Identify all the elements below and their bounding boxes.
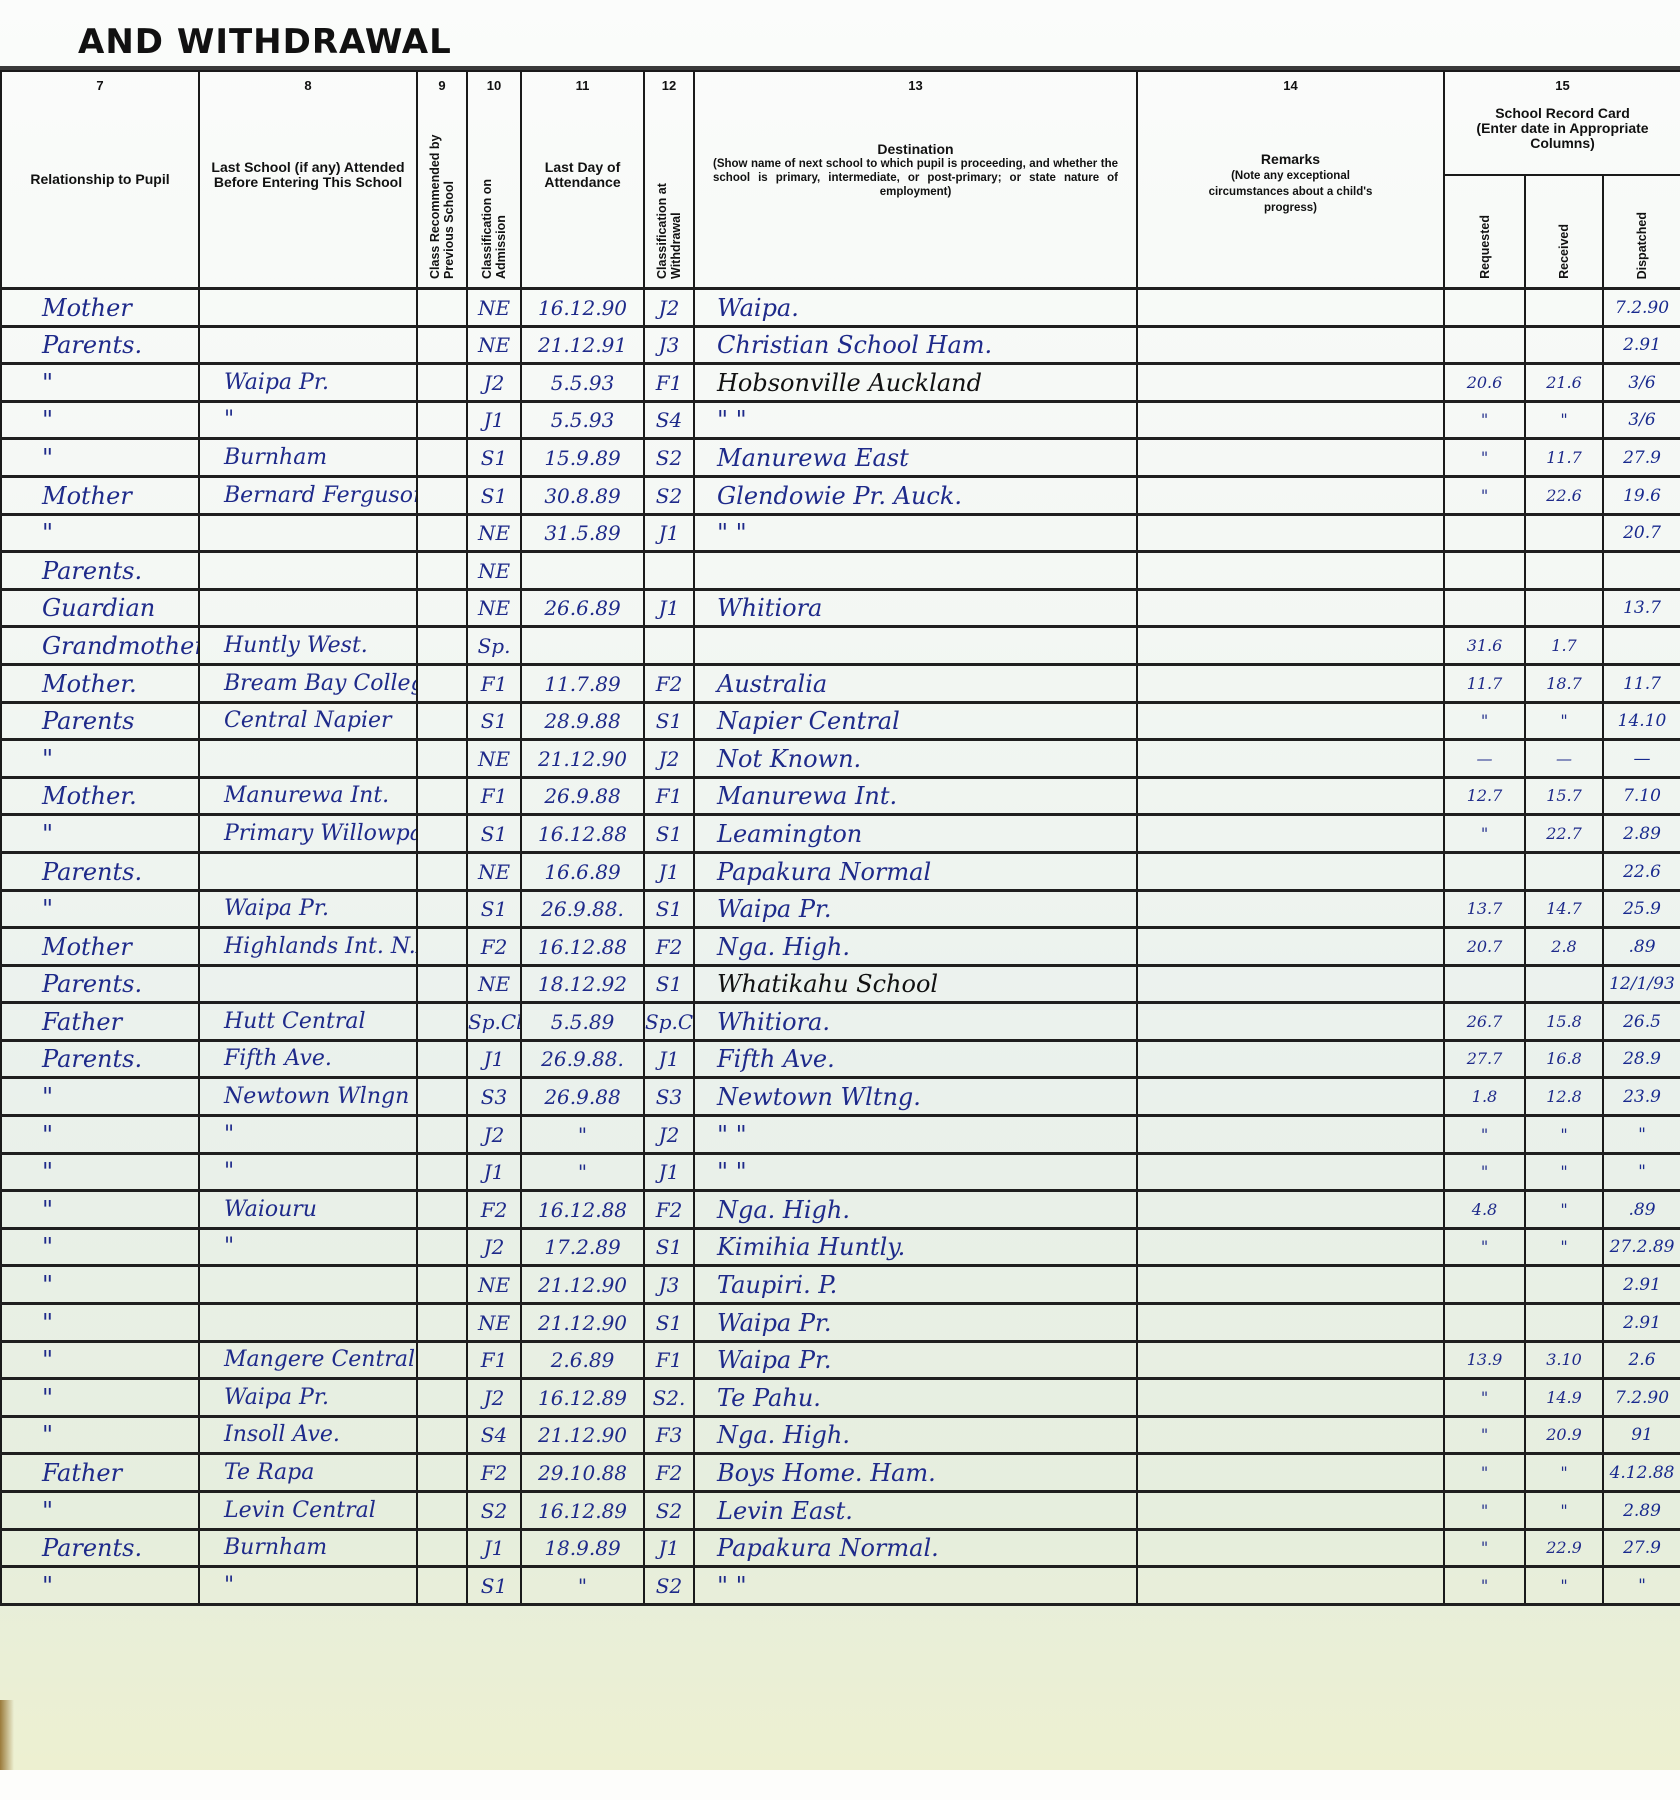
last-school-cell: " bbox=[199, 1567, 417, 1605]
card-dispatched-cell: 26.5 bbox=[1603, 1003, 1680, 1041]
last-day-cell: 18.12.92 bbox=[521, 965, 644, 1003]
card-received-cell: 15.8 bbox=[1525, 1003, 1603, 1041]
class-recommended-cell bbox=[417, 1529, 467, 1567]
class-withdrawal-cell: J1 bbox=[644, 1529, 694, 1567]
table-row: Parents.NE18.12.92S1Whatikahu School12/1… bbox=[1, 965, 1680, 1003]
destination-cell: Napier Central bbox=[694, 702, 1137, 740]
remarks-cell bbox=[1137, 1529, 1444, 1567]
card-received-cell: 16.8 bbox=[1525, 1040, 1603, 1078]
card-dispatched-cell: 7.10 bbox=[1603, 777, 1680, 815]
relationship-cell: Mother bbox=[1, 928, 199, 966]
card-requested-cell: 31.6 bbox=[1444, 627, 1525, 665]
relationship-cell: Guardian bbox=[1, 589, 199, 627]
relationship-cell: Parents. bbox=[1, 1529, 199, 1567]
destination-cell: Hobsonville Auckland bbox=[694, 364, 1137, 402]
card-requested-cell bbox=[1444, 1304, 1525, 1342]
card-requested-cell: " bbox=[1444, 439, 1525, 477]
class-recommended-cell bbox=[417, 928, 467, 966]
card-dispatched-cell: 14.10 bbox=[1603, 702, 1680, 740]
header-remarks: 14 Remarks (Note any exceptional circums… bbox=[1137, 71, 1444, 289]
remarks-cell bbox=[1137, 1116, 1444, 1154]
card-requested-cell bbox=[1444, 965, 1525, 1003]
last-school-cell bbox=[199, 965, 417, 1003]
destination-cell: Waipa Pr. bbox=[694, 890, 1137, 928]
table-row: FatherTe RapaF229.10.88F2Boys Home. Ham.… bbox=[1, 1454, 1680, 1492]
card-received-cell bbox=[1525, 326, 1603, 364]
relationship-cell: Mother. bbox=[1, 777, 199, 815]
remarks-cell bbox=[1137, 1153, 1444, 1191]
table-row: GuardianNE26.6.89J1Whitiora13.7 bbox=[1, 589, 1680, 627]
card-dispatched-cell: 25.9 bbox=[1603, 890, 1680, 928]
card-requested-cell: 27.7 bbox=[1444, 1040, 1525, 1078]
class-admission-cell: NE bbox=[467, 1266, 521, 1304]
table-row: "Waipa Pr.J25.5.93F1Hobsonville Auckland… bbox=[1, 364, 1680, 402]
last-school-cell: Waipa Pr. bbox=[199, 1379, 417, 1417]
last-day-cell: 26.9.88 bbox=[521, 1078, 644, 1116]
class-admission-cell: F2 bbox=[467, 1191, 521, 1229]
remarks-cell bbox=[1137, 552, 1444, 590]
table-row: Mother.Bream Bay College RuakakaF111.7.8… bbox=[1, 664, 1680, 702]
card-dispatched-cell: " bbox=[1603, 1567, 1680, 1605]
class-withdrawal-cell: S1 bbox=[644, 890, 694, 928]
last-day-cell: 26.9.88. bbox=[521, 890, 644, 928]
last-day-cell: 2.6.89 bbox=[521, 1341, 644, 1379]
last-school-cell: Waipa Pr. bbox=[199, 890, 417, 928]
card-requested-cell: 26.7 bbox=[1444, 1003, 1525, 1041]
card-received-cell: " bbox=[1525, 1191, 1603, 1229]
class-withdrawal-cell: F3 bbox=[644, 1416, 694, 1454]
class-recommended-cell bbox=[417, 852, 467, 890]
relationship-cell: Mother bbox=[1, 289, 199, 327]
table-row: FatherHutt CentralSp.Cl5.5.89Sp.ClWhitio… bbox=[1, 1003, 1680, 1041]
relationship-cell: " bbox=[1, 1153, 199, 1191]
last-school-cell: " bbox=[199, 401, 417, 439]
card-requested-cell: " bbox=[1444, 1567, 1525, 1605]
relationship-cell: " bbox=[1, 1078, 199, 1116]
table-row: ""J2"J2" """" bbox=[1, 1116, 1680, 1154]
last-day-cell: 5.5.93 bbox=[521, 364, 644, 402]
last-day-cell: 21.12.91 bbox=[521, 326, 644, 364]
card-received-cell: 22.7 bbox=[1525, 815, 1603, 853]
class-admission-cell: J2 bbox=[467, 1116, 521, 1154]
table-row: "BurnhamS115.9.89S2Manurewa East"11.727.… bbox=[1, 439, 1680, 477]
class-admission-cell: F2 bbox=[467, 928, 521, 966]
last-day-cell: 28.9.88 bbox=[521, 702, 644, 740]
card-requested-cell bbox=[1444, 1266, 1525, 1304]
class-recommended-cell bbox=[417, 1416, 467, 1454]
last-school-cell: Insoll Ave. bbox=[199, 1416, 417, 1454]
relationship-cell: Father bbox=[1, 1454, 199, 1492]
class-admission-cell: J1 bbox=[467, 1040, 521, 1078]
class-recommended-cell bbox=[417, 965, 467, 1003]
remarks-cell bbox=[1137, 1003, 1444, 1041]
card-dispatched-cell: 2.89 bbox=[1603, 815, 1680, 853]
last-day-cell bbox=[521, 627, 644, 665]
card-requested-cell: 11.7 bbox=[1444, 664, 1525, 702]
remarks-cell bbox=[1137, 702, 1444, 740]
class-admission-cell: S1 bbox=[467, 890, 521, 928]
destination-cell: Te Pahu. bbox=[694, 1379, 1137, 1417]
class-recommended-cell bbox=[417, 1266, 467, 1304]
destination-cell: Manurewa East bbox=[694, 439, 1137, 477]
card-requested-cell: " bbox=[1444, 1379, 1525, 1417]
class-withdrawal-cell: S1 bbox=[644, 815, 694, 853]
relationship-cell: " bbox=[1, 1304, 199, 1342]
card-requested-cell: " bbox=[1444, 1492, 1525, 1530]
relationship-cell: Parents. bbox=[1, 965, 199, 1003]
last-school-cell: " bbox=[199, 1116, 417, 1154]
page-bottom-margin bbox=[0, 1770, 1680, 1800]
class-recommended-cell bbox=[417, 552, 467, 590]
class-withdrawal-cell bbox=[644, 552, 694, 590]
destination-cell: Nga. High. bbox=[694, 1416, 1137, 1454]
card-dispatched-cell: 91 bbox=[1603, 1416, 1680, 1454]
relationship-cell: Father bbox=[1, 1003, 199, 1041]
last-day-cell: 29.10.88 bbox=[521, 1454, 644, 1492]
remarks-cell bbox=[1137, 1416, 1444, 1454]
last-school-cell bbox=[199, 289, 417, 327]
header-received: Received bbox=[1525, 175, 1603, 289]
class-withdrawal-cell: F2 bbox=[644, 928, 694, 966]
remarks-cell bbox=[1137, 1228, 1444, 1266]
relationship-cell: Mother bbox=[1, 476, 199, 514]
relationship-cell: Grandmother. bbox=[1, 627, 199, 665]
table-row: ParentsCentral NapierS128.9.88S1Napier C… bbox=[1, 702, 1680, 740]
destination-cell: Levin East. bbox=[694, 1492, 1137, 1530]
class-recommended-cell bbox=[417, 1379, 467, 1417]
destination-cell: Papakura Normal bbox=[694, 852, 1137, 890]
table-row: Parents.NE21.12.91J3Christian School Ham… bbox=[1, 326, 1680, 364]
last-day-cell: 16.12.89 bbox=[521, 1492, 644, 1530]
last-school-cell: Burnham bbox=[199, 439, 417, 477]
card-dispatched-cell: 2.91 bbox=[1603, 1266, 1680, 1304]
remarks-cell bbox=[1137, 1078, 1444, 1116]
card-dispatched-cell: " bbox=[1603, 1153, 1680, 1191]
header-school-record-card: 15 School Record Card (Enter date in App… bbox=[1444, 71, 1680, 175]
class-admission-cell: S4 bbox=[467, 1416, 521, 1454]
header-destination: 13 Destination (Show name of next school… bbox=[694, 71, 1137, 289]
class-withdrawal-cell: J2 bbox=[644, 289, 694, 327]
card-received-cell: " bbox=[1525, 1454, 1603, 1492]
destination-cell: Whatikahu School bbox=[694, 965, 1137, 1003]
last-school-cell: Manurewa Int. bbox=[199, 777, 417, 815]
card-dispatched-cell: 12/1/93 bbox=[1603, 965, 1680, 1003]
card-received-cell bbox=[1525, 1304, 1603, 1342]
class-recommended-cell bbox=[417, 401, 467, 439]
relationship-cell: Parents. bbox=[1, 326, 199, 364]
relationship-cell: " bbox=[1, 1341, 199, 1379]
card-received-cell: 20.9 bbox=[1525, 1416, 1603, 1454]
destination-cell bbox=[694, 552, 1137, 590]
card-dispatched-cell: .89 bbox=[1603, 1191, 1680, 1229]
remarks-cell bbox=[1137, 1266, 1444, 1304]
class-admission-cell: NE bbox=[467, 1304, 521, 1342]
class-withdrawal-cell: J3 bbox=[644, 1266, 694, 1304]
class-recommended-cell bbox=[417, 1228, 467, 1266]
class-withdrawal-cell: J3 bbox=[644, 326, 694, 364]
class-withdrawal-cell: S4 bbox=[644, 401, 694, 439]
destination-cell: Waipa Pr. bbox=[694, 1341, 1137, 1379]
remarks-cell bbox=[1137, 664, 1444, 702]
class-withdrawal-cell: F1 bbox=[644, 1341, 694, 1379]
card-received-cell: 21.6 bbox=[1525, 364, 1603, 402]
card-received-cell bbox=[1525, 514, 1603, 552]
last-school-cell: Waiouru bbox=[199, 1191, 417, 1229]
remarks-cell bbox=[1137, 1341, 1444, 1379]
last-day-cell: 26.9.88. bbox=[521, 1040, 644, 1078]
relationship-cell: " bbox=[1, 1492, 199, 1530]
destination-cell: Kimihia Huntly. bbox=[694, 1228, 1137, 1266]
table-row: Parents.NE16.6.89J1Papakura Normal22.6 bbox=[1, 852, 1680, 890]
last-day-cell: 5.5.89 bbox=[521, 1003, 644, 1041]
destination-cell: Not Known. bbox=[694, 740, 1137, 778]
class-admission-cell: S1 bbox=[467, 702, 521, 740]
class-recommended-cell bbox=[417, 1116, 467, 1154]
withdrawal-register-table: 7 Relationship to Pupil 8 Last School (i… bbox=[0, 70, 1680, 1606]
card-received-cell: 15.7 bbox=[1525, 777, 1603, 815]
destination-cell: Whitiora. bbox=[694, 1003, 1137, 1041]
card-dispatched-cell: 27.9 bbox=[1603, 1529, 1680, 1567]
last-school-cell bbox=[199, 552, 417, 590]
remarks-cell bbox=[1137, 476, 1444, 514]
relationship-cell: " bbox=[1, 364, 199, 402]
class-recommended-cell bbox=[417, 439, 467, 477]
last-school-cell bbox=[199, 514, 417, 552]
last-school-cell: Hutt Central bbox=[199, 1003, 417, 1041]
remarks-cell bbox=[1137, 777, 1444, 815]
card-dispatched-cell: 22.6 bbox=[1603, 852, 1680, 890]
header-last-school: 8 Last School (if any) Attended Before E… bbox=[199, 71, 417, 289]
destination-cell: Leamington bbox=[694, 815, 1137, 853]
card-dispatched-cell: 20.7 bbox=[1603, 514, 1680, 552]
card-requested-cell: " bbox=[1444, 815, 1525, 853]
relationship-cell: Mother. bbox=[1, 664, 199, 702]
last-day-cell: 11.7.89 bbox=[521, 664, 644, 702]
class-recommended-cell bbox=[417, 1304, 467, 1342]
card-received-cell: " bbox=[1525, 1116, 1603, 1154]
table-row: "NE21.12.90J3Taupiri. P.2.91 bbox=[1, 1266, 1680, 1304]
card-received-cell: 18.7 bbox=[1525, 664, 1603, 702]
ledger-rows: MotherNE16.12.90J2Waipa.7.2.90Parents.NE… bbox=[1, 289, 1680, 1605]
destination-cell: Waipa Pr. bbox=[694, 1304, 1137, 1342]
header-relationship: 7 Relationship to Pupil bbox=[1, 71, 199, 289]
table-row: Parents.Fifth Ave.J126.9.88.J1Fifth Ave.… bbox=[1, 1040, 1680, 1078]
class-admission-cell: NE bbox=[467, 326, 521, 364]
table-row: ""J217.2.89S1Kimihia Huntly.""27.2.89 bbox=[1, 1228, 1680, 1266]
last-school-cell: Bream Bay College Ruakaka bbox=[199, 664, 417, 702]
relationship-cell: " bbox=[1, 1266, 199, 1304]
card-requested-cell: — bbox=[1444, 740, 1525, 778]
class-admission-cell: Sp.Cl bbox=[467, 1003, 521, 1041]
table-row: "NE21.12.90S1Waipa Pr.2.91 bbox=[1, 1304, 1680, 1342]
class-withdrawal-cell: S2 bbox=[644, 1567, 694, 1605]
table-row: MotherBernard FergusonS130.8.89S2Glendow… bbox=[1, 476, 1680, 514]
card-dispatched-cell: 28.9 bbox=[1603, 1040, 1680, 1078]
remarks-cell bbox=[1137, 852, 1444, 890]
table-row: "Waipa Pr.J216.12.89S2.Te Pahu."14.97.2.… bbox=[1, 1379, 1680, 1417]
remarks-cell bbox=[1137, 289, 1444, 327]
class-admission-cell: F1 bbox=[467, 1341, 521, 1379]
card-received-cell bbox=[1525, 289, 1603, 327]
class-recommended-cell bbox=[417, 777, 467, 815]
remarks-cell bbox=[1137, 364, 1444, 402]
card-requested-cell: 20.7 bbox=[1444, 928, 1525, 966]
remarks-cell bbox=[1137, 815, 1444, 853]
card-dispatched-cell: 3/6 bbox=[1603, 401, 1680, 439]
class-withdrawal-cell: J1 bbox=[644, 589, 694, 627]
relationship-cell: " bbox=[1, 890, 199, 928]
header-last-day: 11 Last Day of Attendance bbox=[521, 71, 644, 289]
class-admission-cell: F2 bbox=[467, 1454, 521, 1492]
class-admission-cell: S1 bbox=[467, 476, 521, 514]
last-day-cell: 18.9.89 bbox=[521, 1529, 644, 1567]
card-received-cell: 11.7 bbox=[1525, 439, 1603, 477]
card-received-cell bbox=[1525, 852, 1603, 890]
class-admission-cell: F1 bbox=[467, 777, 521, 815]
table-row: Mother.Manurewa Int.F126.9.88F1Manurewa … bbox=[1, 777, 1680, 815]
class-recommended-cell bbox=[417, 1191, 467, 1229]
class-withdrawal-cell: J1 bbox=[644, 1153, 694, 1191]
card-dispatched-cell: 2.89 bbox=[1603, 1492, 1680, 1530]
last-day-cell: 21.12.90 bbox=[521, 1416, 644, 1454]
table-row: Parents.BurnhamJ118.9.89J1Papakura Norma… bbox=[1, 1529, 1680, 1567]
last-school-cell: Primary Willowpark. North Shore bbox=[199, 815, 417, 853]
card-requested-cell: " bbox=[1444, 1454, 1525, 1492]
last-school-cell: Mangere Central bbox=[199, 1341, 417, 1379]
class-admission-cell: J1 bbox=[467, 401, 521, 439]
class-admission-cell: S1 bbox=[467, 1567, 521, 1605]
class-withdrawal-cell: S1 bbox=[644, 1228, 694, 1266]
card-received-cell: " bbox=[1525, 702, 1603, 740]
class-recommended-cell bbox=[417, 1078, 467, 1116]
class-admission-cell: NE bbox=[467, 552, 521, 590]
destination-cell: Papakura Normal. bbox=[694, 1529, 1137, 1567]
card-requested-cell: " bbox=[1444, 1116, 1525, 1154]
remarks-cell bbox=[1137, 1379, 1444, 1417]
class-withdrawal-cell: S1 bbox=[644, 965, 694, 1003]
card-dispatched-cell: 7.2.90 bbox=[1603, 1379, 1680, 1417]
table-row: Parents.NE bbox=[1, 552, 1680, 590]
class-withdrawal-cell: F1 bbox=[644, 364, 694, 402]
card-dispatched-cell: 27.2.89 bbox=[1603, 1228, 1680, 1266]
class-withdrawal-cell bbox=[644, 627, 694, 665]
remarks-cell bbox=[1137, 965, 1444, 1003]
class-recommended-cell bbox=[417, 1567, 467, 1605]
last-day-cell: 16.12.90 bbox=[521, 289, 644, 327]
header-class-admission: 10 Classification on Admission bbox=[467, 71, 521, 289]
card-requested-cell bbox=[1444, 326, 1525, 364]
card-requested-cell: 12.7 bbox=[1444, 777, 1525, 815]
card-requested-cell: 1.8 bbox=[1444, 1078, 1525, 1116]
relationship-cell: " bbox=[1, 1379, 199, 1417]
card-received-cell: 12.8 bbox=[1525, 1078, 1603, 1116]
card-received-cell: — bbox=[1525, 740, 1603, 778]
header-dispatched: Dispatched bbox=[1603, 175, 1680, 289]
class-recommended-cell bbox=[417, 740, 467, 778]
card-requested-cell: " bbox=[1444, 1228, 1525, 1266]
last-day-cell: 21.12.90 bbox=[521, 1266, 644, 1304]
last-day-cell: 16.6.89 bbox=[521, 852, 644, 890]
relationship-cell: Parents bbox=[1, 702, 199, 740]
card-requested-cell: " bbox=[1444, 702, 1525, 740]
class-recommended-cell bbox=[417, 890, 467, 928]
remarks-cell bbox=[1137, 1492, 1444, 1530]
last-school-cell: " bbox=[199, 1153, 417, 1191]
card-dispatched-cell: 7.2.90 bbox=[1603, 289, 1680, 327]
last-day-cell: 21.12.90 bbox=[521, 740, 644, 778]
relationship-cell: Parents. bbox=[1, 552, 199, 590]
last-day-cell: 16.12.88 bbox=[521, 1191, 644, 1229]
class-withdrawal-cell: F2 bbox=[644, 1454, 694, 1492]
card-requested-cell: 13.7 bbox=[1444, 890, 1525, 928]
class-admission-cell: S2 bbox=[467, 1492, 521, 1530]
class-withdrawal-cell: J2 bbox=[644, 1116, 694, 1154]
last-school-cell: Newtown Wlngn bbox=[199, 1078, 417, 1116]
card-requested-cell: 20.6 bbox=[1444, 364, 1525, 402]
card-received-cell: 1.7 bbox=[1525, 627, 1603, 665]
table-row: "NE21.12.90J2Not Known.——— bbox=[1, 740, 1680, 778]
class-admission-cell: S3 bbox=[467, 1078, 521, 1116]
relationship-cell: Parents. bbox=[1, 852, 199, 890]
card-dispatched-cell: — bbox=[1603, 740, 1680, 778]
relationship-cell: " bbox=[1, 439, 199, 477]
destination-cell: Newtown Wltng. bbox=[694, 1078, 1137, 1116]
card-requested-cell: " bbox=[1444, 1153, 1525, 1191]
ledger-page: AND WITHDRAWAL 7 Relationship to Pupil 8… bbox=[0, 0, 1680, 1800]
card-requested-cell: " bbox=[1444, 401, 1525, 439]
relationship-cell: " bbox=[1, 740, 199, 778]
relationship-cell: " bbox=[1, 1567, 199, 1605]
destination-cell: " " bbox=[694, 401, 1137, 439]
relationship-cell: " bbox=[1, 815, 199, 853]
remarks-cell bbox=[1137, 514, 1444, 552]
card-received-cell: 14.9 bbox=[1525, 1379, 1603, 1417]
card-dispatched-cell: 2.91 bbox=[1603, 326, 1680, 364]
last-day-cell: 16.12.88 bbox=[521, 815, 644, 853]
destination-cell: Nga. High. bbox=[694, 1191, 1137, 1229]
class-withdrawal-cell: Sp.Cl bbox=[644, 1003, 694, 1041]
class-withdrawal-cell: S1 bbox=[644, 1304, 694, 1342]
class-recommended-cell bbox=[417, 627, 467, 665]
destination-cell: " " bbox=[694, 1153, 1137, 1191]
destination-cell: Glendowie Pr. Auck. bbox=[694, 476, 1137, 514]
class-admission-cell: NE bbox=[467, 514, 521, 552]
last-school-cell: Fifth Ave. bbox=[199, 1040, 417, 1078]
class-admission-cell: NE bbox=[467, 852, 521, 890]
destination-cell: Fifth Ave. bbox=[694, 1040, 1137, 1078]
relationship-cell: Parents. bbox=[1, 1040, 199, 1078]
remarks-cell bbox=[1137, 1454, 1444, 1492]
card-dispatched-cell: 3/6 bbox=[1603, 364, 1680, 402]
table-row: MotherNE16.12.90J2Waipa.7.2.90 bbox=[1, 289, 1680, 327]
table-row: ""S1"S2" """" bbox=[1, 1567, 1680, 1605]
table-row: MotherHighlands Int. N.P.F216.12.88F2Nga… bbox=[1, 928, 1680, 966]
class-admission-cell: J2 bbox=[467, 1228, 521, 1266]
card-requested-cell: 13.9 bbox=[1444, 1341, 1525, 1379]
table-row: ""J1"J1" """" bbox=[1, 1153, 1680, 1191]
last-school-cell bbox=[199, 1266, 417, 1304]
class-recommended-cell bbox=[417, 1341, 467, 1379]
card-received-cell: 3.10 bbox=[1525, 1341, 1603, 1379]
last-day-cell: 30.8.89 bbox=[521, 476, 644, 514]
destination-cell: " " bbox=[694, 514, 1137, 552]
card-dispatched-cell: 19.6 bbox=[1603, 476, 1680, 514]
last-day-cell: " bbox=[521, 1567, 644, 1605]
table-row: "WaiouruF216.12.88F2Nga. High.4.8".89 bbox=[1, 1191, 1680, 1229]
last-day-cell: 17.2.89 bbox=[521, 1228, 644, 1266]
class-admission-cell: Sp. bbox=[467, 627, 521, 665]
header-class-withdrawal: 12 Classification at Withdrawal bbox=[644, 71, 694, 289]
